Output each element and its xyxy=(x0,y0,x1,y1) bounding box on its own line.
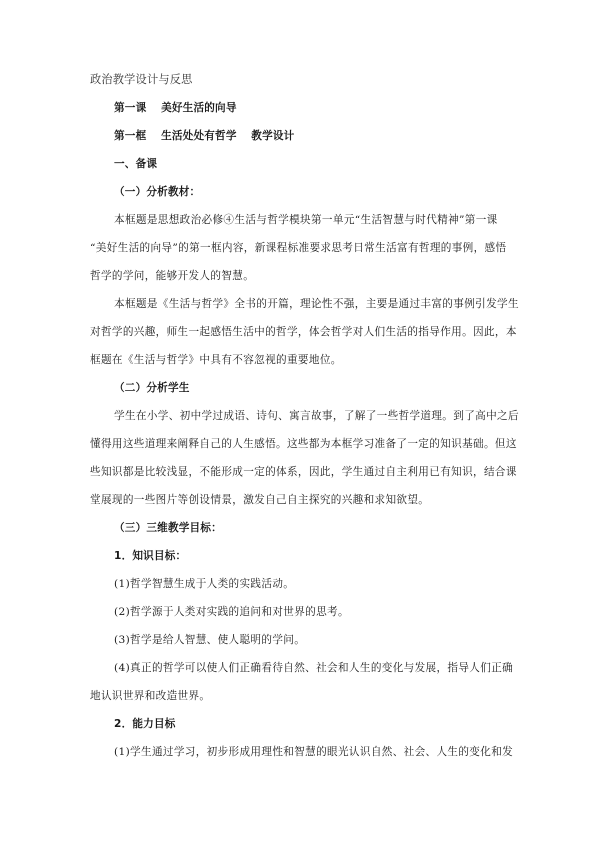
subsection-heading-textbook: （一）分析教材： xyxy=(114,185,200,199)
list-item: (1)学生通过学习，初步形成用理性和智慧的眼光认识自然、社会、人生的变化和发 xyxy=(114,745,513,759)
goal-heading-ability: 2．能力目标 xyxy=(114,717,176,731)
list-item: (2)哲学源于人类对实践的追问和对世界的思考。 xyxy=(114,605,349,619)
paragraph-line: 对哲学的兴趣，师生一起感悟生活中的哲学，体会哲学对人们生活的指导作用。因此，本 xyxy=(90,325,517,339)
paragraph-line: 本框题是思想政治必修④生活与哲学模块第一单元“生活智慧与时代精神”第一课 xyxy=(114,213,498,227)
paragraph-line: 本框题是《生活与哲学》全书的开篇，理论性不强，主要是通过丰富的事例引发学生 xyxy=(114,297,519,311)
paragraph-line: 些知识都是比较浅显，不能形成一定的体系，因此，学生通过自主利用已有知识，结合课 xyxy=(90,465,517,479)
subsection-heading-goals: （三）三维教学目标： xyxy=(114,521,222,535)
subsection-heading-students: （二）分析学生 xyxy=(114,381,190,395)
paragraph-line: 堂展现的一些图片等创设情景，激发自己自主探究的兴趣和求知欲望。 xyxy=(90,493,429,507)
list-item: (3)哲学是给人智慧、使人聪明的学问。 xyxy=(114,633,305,647)
document-title: 政治教学设计与反思 xyxy=(90,73,193,87)
section-heading-prep: 一、备课 xyxy=(114,157,157,171)
list-item: (4)真正的哲学可以使人们正确看待自然、社会和人生的变化与发展，指导人们正确 xyxy=(114,661,513,675)
paragraph-line: 框题在《生活与哲学》中具有不容忽视的重要地位。 xyxy=(90,353,342,367)
list-item-continued: 地认识世界和改造世界。 xyxy=(90,689,210,703)
paragraph-line: 哲学的学问，能够开发人的智慧。 xyxy=(90,269,254,283)
list-item: (1)哲学智慧生成于人类的实践活动。 xyxy=(114,577,294,591)
paragraph-line: 学生在小学、初中学过成语、诗句、寓言故事，了解了一些哲学道理。到了高中之后 xyxy=(114,409,519,423)
paragraph-line: 懂得用这些道理来阐释自己的人生感悟。这些都为本框学习准备了一定的知识基础。但这 xyxy=(90,437,517,451)
frame-title: 第一框 生活处处有哲学 教学设计 xyxy=(114,129,294,143)
paragraph-line: “美好生活的向导”的第一框内容，新课程标准要求思考日常生活富有哲理的事例，感悟 xyxy=(90,241,506,255)
goal-heading-knowledge: 1．知识目标： xyxy=(114,549,186,563)
lesson-title: 第一课 美好生活的向导 xyxy=(114,101,237,115)
